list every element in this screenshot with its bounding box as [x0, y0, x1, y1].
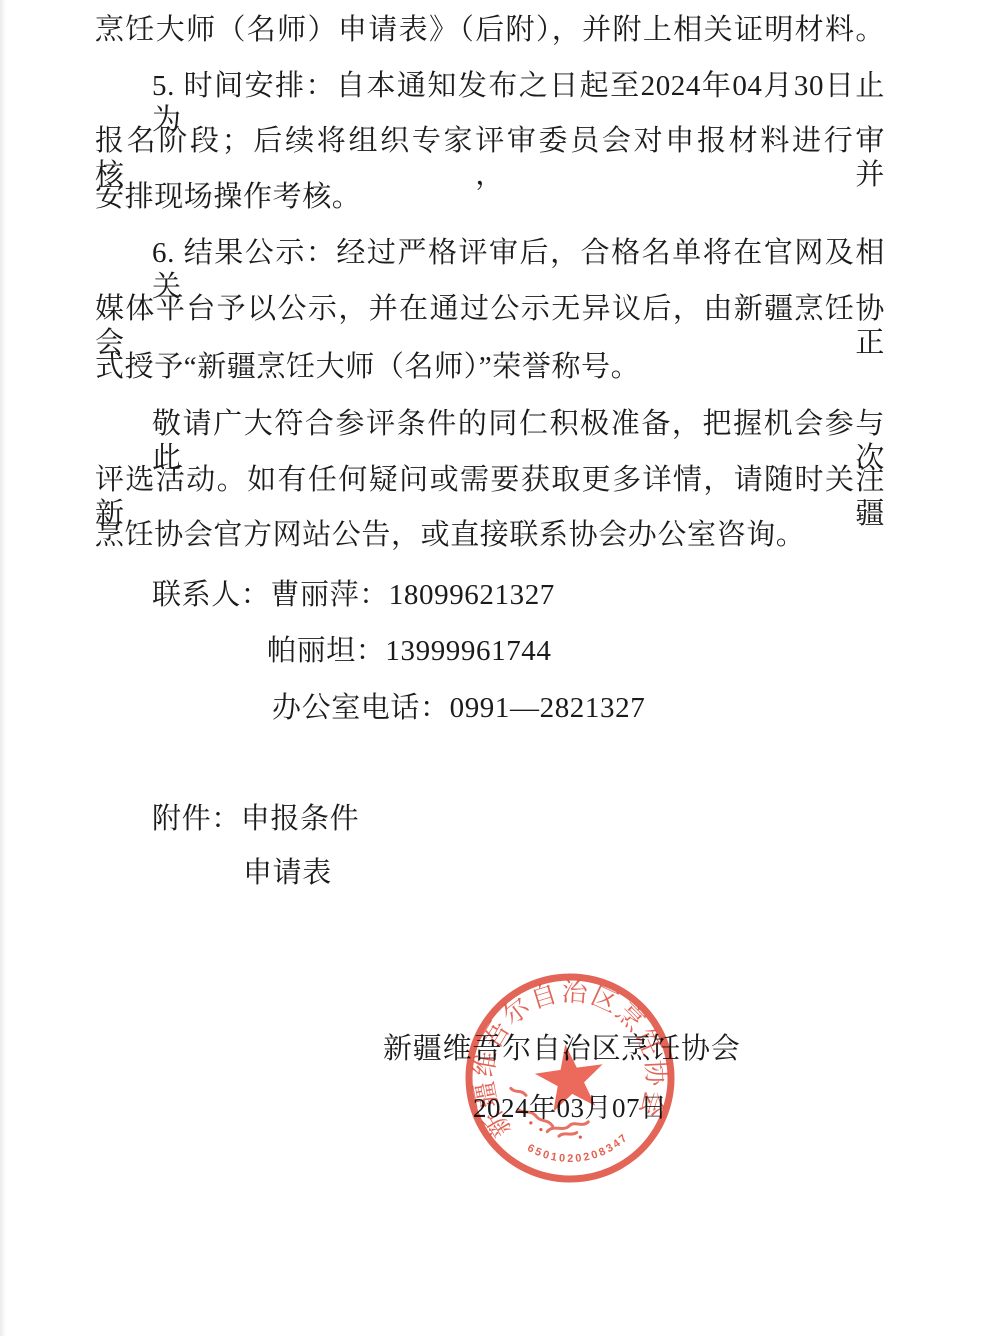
- body-line: 烹饪协会官方网站公告，或直接联系协会办公室咨询。: [95, 518, 885, 552]
- body-line: 式授予“新疆烹饪大师（名师）”荣誉称号。: [95, 350, 885, 384]
- attachment-line: 申请表: [95, 856, 999, 890]
- scan-edge-artifact: [0, 0, 6, 1336]
- contact-line: 帕丽坦：13999961744: [95, 634, 999, 668]
- document-page: 烹饪大师（名师）申请表》（后附），并附上相关证明材料。 5. 时间安排：自本通知…: [0, 0, 999, 1336]
- body-line: 烹饪大师（名师）申请表》（后附），并附上相关证明材料。: [95, 13, 885, 47]
- attachment-line: 附件：申报条件: [95, 802, 942, 836]
- contact-line: 联系人：曹丽萍：18099621327: [95, 578, 942, 612]
- seal-star-icon: [531, 1040, 608, 1114]
- contact-line: 办公室电话：0991—2821327: [95, 691, 999, 725]
- body-line: 安排现场操作考核。: [95, 180, 885, 214]
- official-seal: 新疆维吾尔自治区烹饪协会 6501020208347: [439, 947, 701, 1209]
